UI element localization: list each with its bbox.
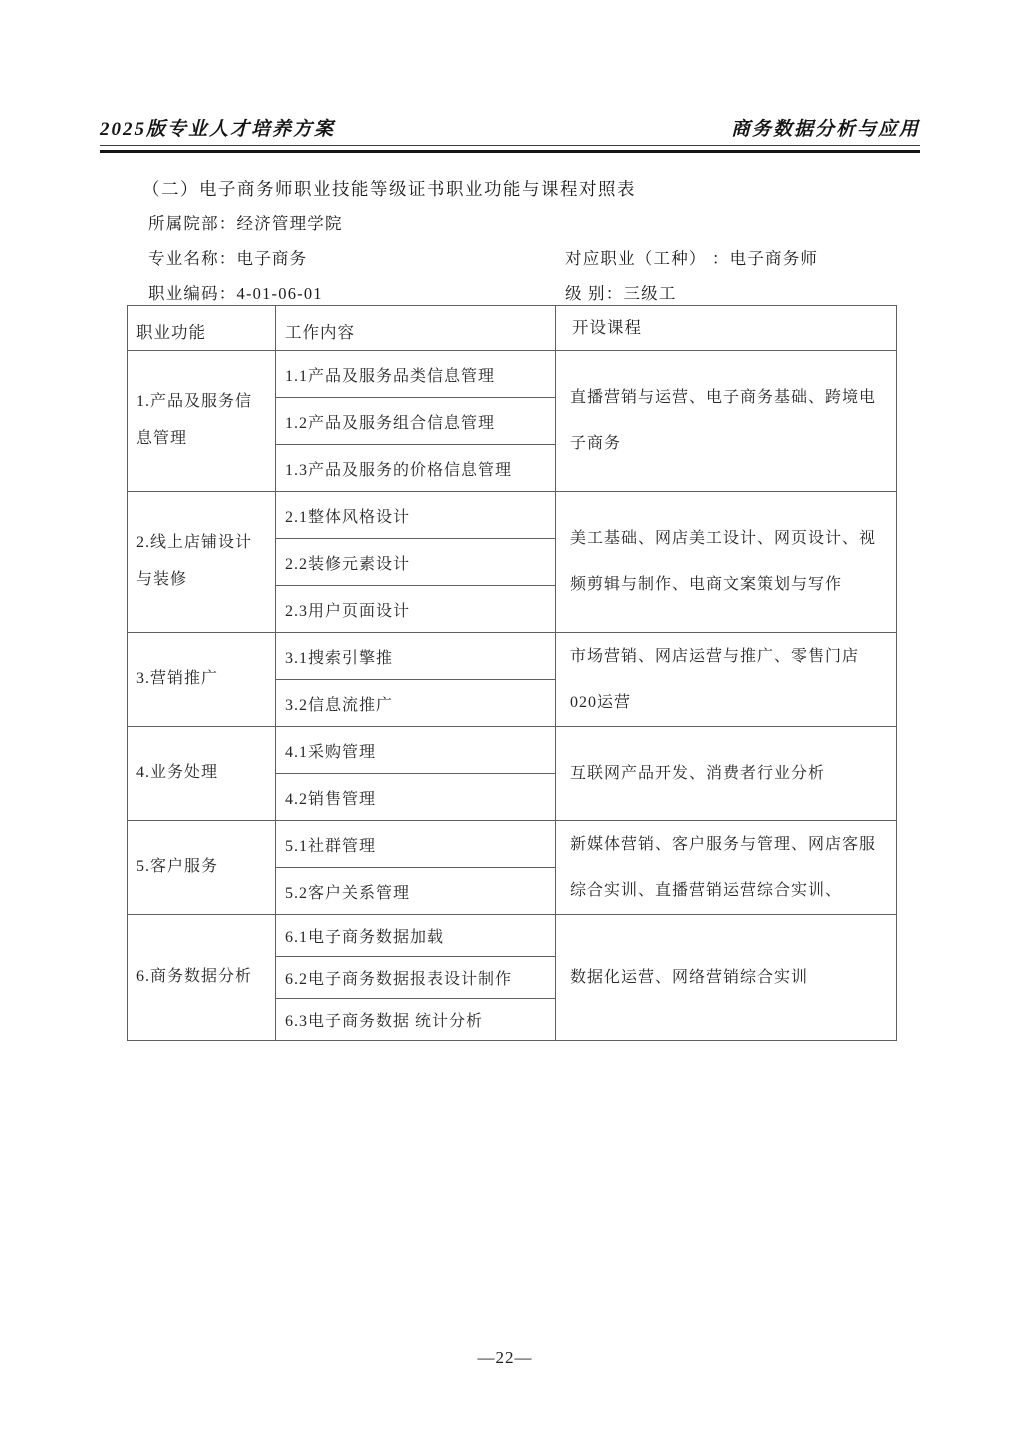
meta-department-value: 经济管理学院 (237, 214, 343, 233)
table-row: 3.营销推广 3.1搜索引擎推 市场营销、网店运营与推广、零售门店 020运营 (128, 633, 897, 680)
task-cell: 1.1产品及服务品类信息管理 (276, 351, 556, 398)
task-cell: 3.2信息流推广 (276, 680, 556, 727)
meta-level: 级 别：三级工 (565, 280, 677, 304)
task-cell: 6.1电子商务数据加载 (276, 915, 556, 957)
table-row: 5.客户服务 5.1社群管理 新媒体营销、客户服务与管理、网店客服 综合实训、直… (128, 821, 897, 868)
task-cell: 5.2客户关系管理 (276, 868, 556, 915)
function-cell: 1.产品及服务信 息管理 (128, 351, 276, 492)
meta-occupation-value: 电子商务师 (730, 249, 819, 268)
courses-cell: 直播营销与运营、电子商务基础、跨境电 子商务 (556, 351, 897, 492)
task-cell: 2.2装修元素设计 (276, 539, 556, 586)
section-title: （二）电子商务师职业技能等级证书职业功能与课程对照表 (142, 176, 636, 201)
task-cell: 4.2销售管理 (276, 774, 556, 821)
task-cell: 2.3用户页面设计 (276, 586, 556, 633)
document-page: 2025版专业人才培养方案 商务数据分析与应用 （二）电子商务师职业技能等级证书… (0, 0, 1024, 1448)
function-cell: 3.营销推广 (128, 633, 276, 727)
task-cell: 1.3产品及服务的价格信息管理 (276, 445, 556, 492)
meta-major-value: 电子商务 (237, 249, 308, 268)
function-cell: 6.商务数据分析 (128, 915, 276, 1041)
table-row: 4.业务处理 4.1采购管理 互联网产品开发、消费者行业分析 (128, 727, 897, 774)
task-cell: 6.2电子商务数据报表设计制作 (276, 957, 556, 999)
table-row: 6.商务数据分析 6.1电子商务数据加载 数据化运营、网络营销综合实训 (128, 915, 897, 957)
task-cell: 2.1整体风格设计 (276, 492, 556, 539)
table-row: 2.线上店铺设计 与装修 2.1整体风格设计 美工基础、网店美工设计、网页设计、… (128, 492, 897, 539)
task-cell: 1.2产品及服务组合信息管理 (276, 398, 556, 445)
meta-occupation-label: 对应职业（工种） ： (565, 249, 730, 268)
task-cell: 5.1社群管理 (276, 821, 556, 868)
table-header-row: 职业功能 工作内容 开设课程 (128, 306, 897, 351)
courses-cell: 数据化运营、网络营销综合实训 (556, 915, 897, 1041)
meta-level-label: 级 别： (565, 284, 623, 303)
task-cell: 3.1搜索引擎推 (276, 633, 556, 680)
meta-code-value: 4-01-06-01 (237, 284, 323, 303)
task-cell: 4.1采购管理 (276, 727, 556, 774)
meta-department-label: 所属院部： (148, 214, 237, 233)
header-left-title: 2025版专业人才培养方案 (100, 114, 335, 141)
col-header-tasks: 工作内容 (276, 306, 556, 351)
function-cell: 2.线上店铺设计 与装修 (128, 492, 276, 633)
courses-cell: 互联网产品开发、消费者行业分析 (556, 727, 897, 821)
function-cell: 5.客户服务 (128, 821, 276, 915)
function-cell: 4.业务处理 (128, 727, 276, 821)
header-divider (100, 145, 920, 153)
meta-level-value: 三级工 (623, 284, 676, 303)
table-row: 1.产品及服务信 息管理 1.1产品及服务品类信息管理 直播营销与运营、电子商务… (128, 351, 897, 398)
meta-code-label: 职业编码： (148, 284, 237, 303)
courses-cell: 市场营销、网店运营与推广、零售门店 020运营 (556, 633, 897, 727)
meta-department: 所属院部：经济管理学院 (148, 210, 343, 234)
meta-major: 专业名称：电子商务 (148, 245, 307, 269)
meta-occupation-code: 职业编码：4-01-06-01 (148, 280, 323, 304)
page-header: 2025版专业人才培养方案 商务数据分析与应用 (100, 114, 920, 141)
meta-occupation: 对应职业（工种） ：电子商务师 (565, 245, 818, 269)
page-number: —22— (0, 1348, 1010, 1368)
courses-cell: 美工基础、网店美工设计、网页设计、视 频剪辑与制作、电商文案策划与写作 (556, 492, 897, 633)
col-header-function: 职业功能 (128, 306, 276, 351)
col-header-courses: 开设课程 (556, 306, 897, 351)
task-cell: 6.3电子商务数据 统计分析 (276, 999, 556, 1041)
meta-major-label: 专业名称： (148, 249, 237, 268)
function-course-table: 职业功能 工作内容 开设课程 1.产品及服务信 息管理 1.1产品及服务品类信息… (127, 305, 897, 1041)
header-right-title: 商务数据分析与应用 (731, 114, 920, 141)
courses-cell: 新媒体营销、客户服务与管理、网店客服 综合实训、直播营销运营综合实训、 (556, 821, 897, 915)
